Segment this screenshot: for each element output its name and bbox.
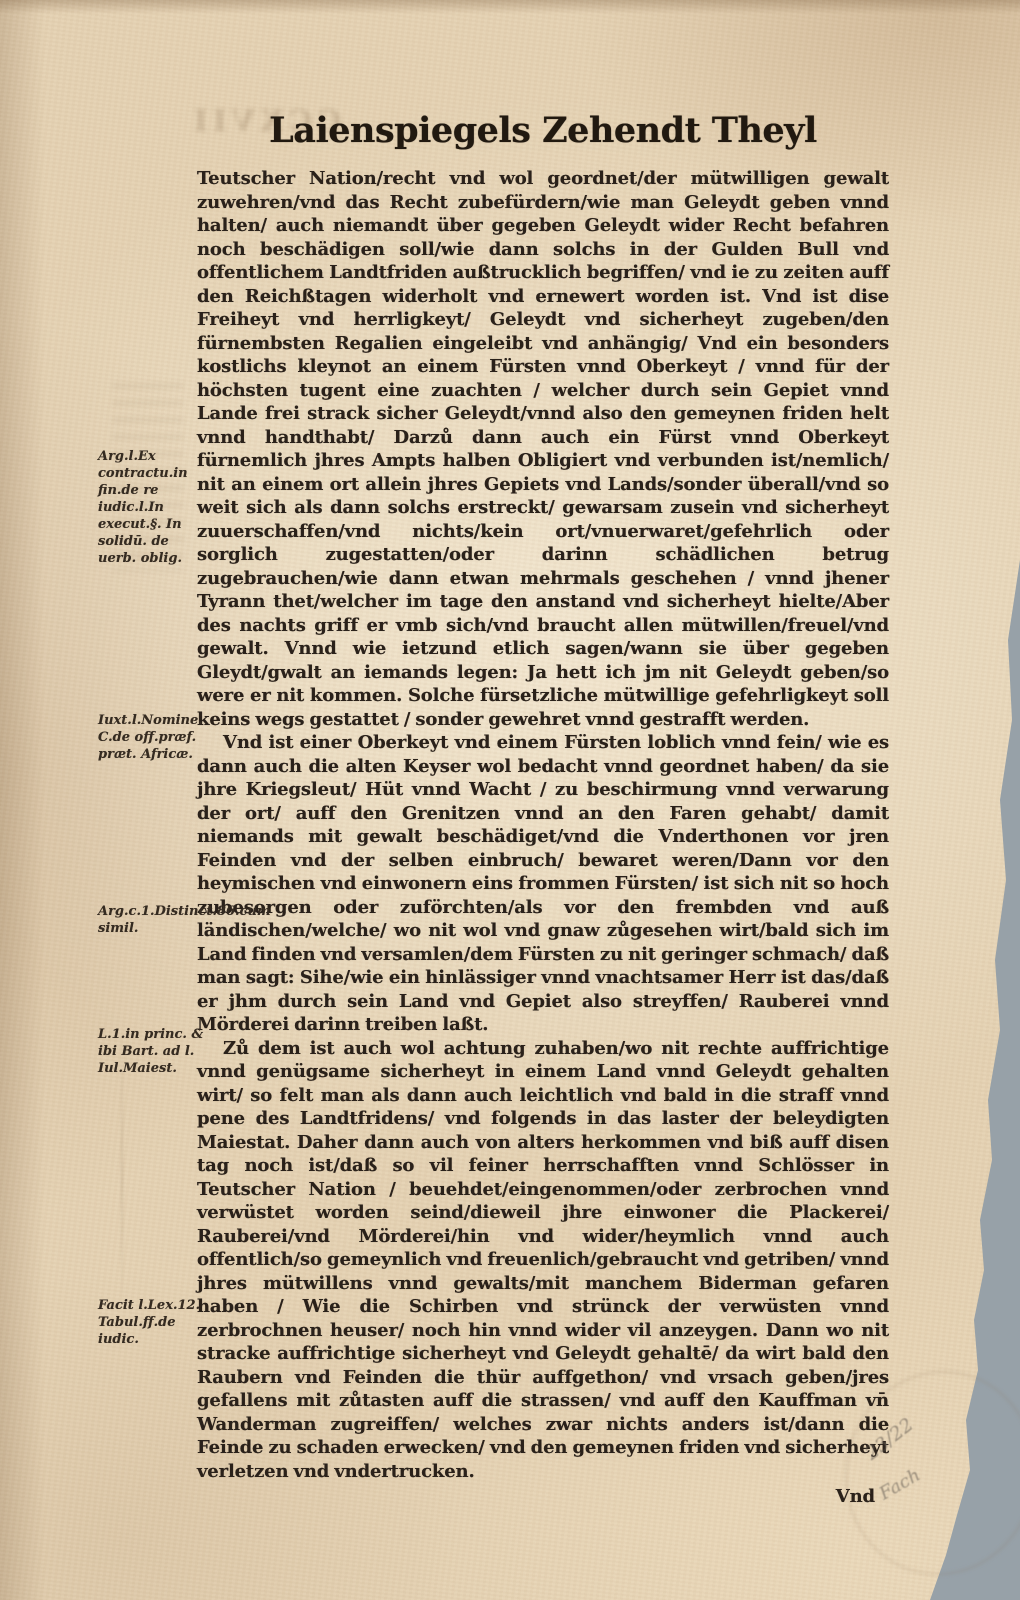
page-heading: Laienspiegels Zehendt Theyl: [197, 110, 889, 151]
sidenote-citation: Arg.l.Ex contractu.in fin.de re iudic.l.…: [98, 448, 208, 567]
sidenote-citation: Iuxt.l.Nomine. C.de off.præf. præt. Afri…: [98, 712, 208, 763]
body-paragraph: Zů dem ist auch wol achtung zuhaben/wo n…: [197, 1037, 889, 1484]
body-paragraph: Vnd ist einer Oberkeyt vnd einem Fürsten…: [197, 731, 889, 1037]
sidenote-citation: Arg.c.1.Distinct.86.cum simil.: [98, 903, 208, 937]
main-text-block: Teutscher Nation/recht vnd wol geordnet/…: [197, 167, 889, 1509]
sidenote-citation: Facit l.Lex.12. Tabul.ff.de iudic.: [98, 1297, 208, 1348]
scanned-page: CCXVII Laienspiegels Zehendt Theyl Teuts…: [0, 0, 1020, 1600]
sidenote-citation: L.1.in princ. & ibi Bart. ad l. Iul.Maie…: [98, 1026, 208, 1077]
catchword: Vnd: [197, 1485, 889, 1509]
body-paragraph: Teutscher Nation/recht vnd wol geordnet/…: [197, 167, 889, 731]
paper-crease: [121, 1040, 123, 1310]
